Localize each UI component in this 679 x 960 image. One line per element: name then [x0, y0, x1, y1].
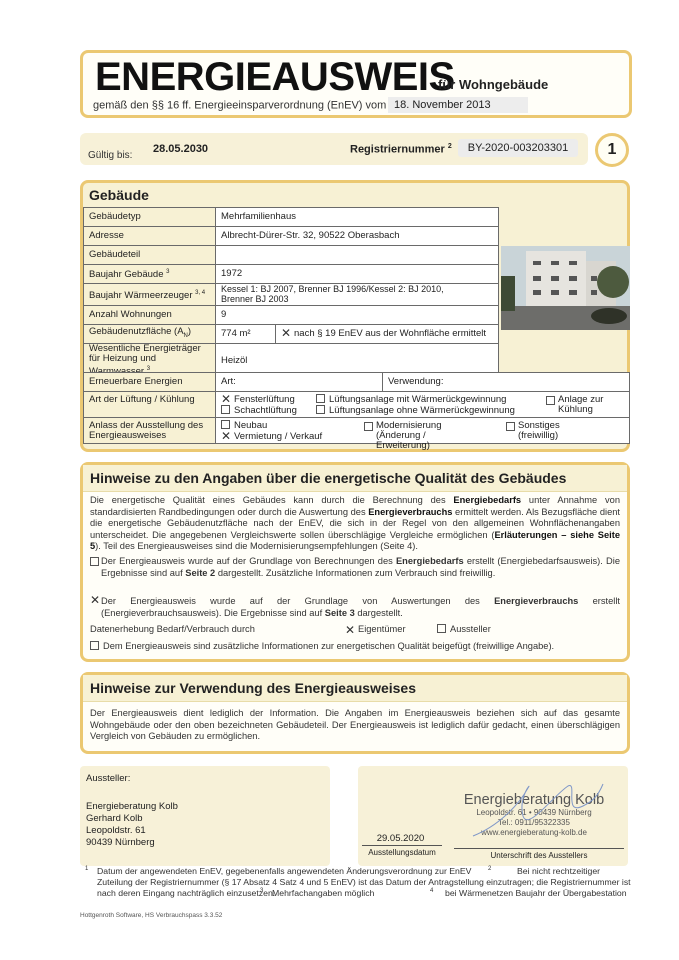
header-box: ENERGIEAUSWEIS für Wohngebäude gemäß den…: [80, 50, 632, 118]
table-row: Anlass der Ausstellung des Energieauswei…: [84, 418, 630, 444]
renewable-use-field: Verwendung:: [383, 373, 630, 392]
table-row: Gebäudeteil: [84, 246, 499, 265]
option-demand-certificate[interactable]: Der Energieausweis wurde auf der Grundla…: [90, 556, 620, 579]
ventilation-option-window[interactable]: ✕Fensterlüftung: [221, 395, 295, 405]
table-row: Gebäudenutzfläche (AN)774 m²✕nach § 19 E…: [84, 325, 499, 344]
units-value: 9: [216, 306, 499, 325]
data-collection-row: Datenerhebung Bedarf/Verbrauch durch ✕Ei…: [90, 624, 620, 636]
law-date-field: 18. November 2013: [388, 97, 528, 113]
table-row: Art der Lüftung / Kühlung ✕Fensterlüftun…: [84, 392, 630, 418]
issue-date: 29.05.2020: [358, 833, 443, 844]
law-reference: gemäß den §§ 16 ff. Energieeinsparverord…: [93, 99, 393, 112]
page-number-badge: 1: [595, 133, 629, 167]
usage-notes-panel: Hinweise zur Verwendung des Energieauswe…: [80, 672, 630, 754]
valid-until-label: Gültig bis:: [88, 150, 132, 161]
ventilation-option-without-recovery[interactable]: Lüftungsanlage ohne Wärmerückgewinnung: [316, 406, 515, 416]
quality-notes-title: Hinweise zu den Angaben über die energet…: [90, 470, 566, 486]
table-row: AdresseAlbrecht-Dürer-Str. 32, 90522 Obe…: [84, 227, 499, 246]
building-photo-icon: [501, 246, 630, 330]
document-title: ENERGIEAUSWEIS: [95, 55, 455, 100]
renewable-type-field: Art:: [216, 373, 383, 392]
issue-reason-options: Neubau ✕Vermietung / Verkauf Modernisier…: [216, 418, 630, 444]
reason-option-other[interactable]: Sonstiges (freiwillig): [506, 421, 576, 441]
validity-bar: Gültig bis: 28.05.2030 Registriernummer …: [80, 133, 588, 165]
ventilation-options: ✕Fensterlüftung Schachtlüftung Lüftungsa…: [216, 392, 630, 418]
building-table-top: GebäudetypMehrfamilienhaus AdresseAlbrec…: [83, 207, 499, 378]
option-consumption-certificate[interactable]: ✕Der Energieausweis wurde auf der Grundl…: [90, 596, 620, 619]
building-photo: [501, 246, 630, 330]
usage-notes-text: Der Energieausweis dient lediglich der I…: [90, 708, 620, 743]
usage-notes-title: Hinweise zur Verwendung des Energieauswe…: [90, 680, 416, 696]
additional-info-option[interactable]: Dem Energieausweis sind zusätzliche Info…: [90, 641, 620, 653]
building-type-value: Mehrfamilienhaus: [216, 208, 499, 227]
table-row: Baujahr Wärmeerzeuger 3, 4Kessel 1: BJ 2…: [84, 284, 499, 306]
table-row: Erneuerbare Energien Art: Verwendung:: [84, 373, 630, 392]
signature-label: Unterschrift des Ausstellers: [454, 851, 624, 860]
heater-year-value: Kessel 1: BJ 2007, Brenner BJ 1996/Kesse…: [216, 284, 499, 306]
registration-label: Registriernummer 2: [350, 143, 452, 156]
build-year-value: 1972: [216, 265, 499, 284]
address-value: Albrecht-Dürer-Str. 32, 90522 Oberasbach: [216, 227, 499, 246]
issuer-label: Aussteller:: [86, 773, 130, 784]
signature-box: 29.05.2020 Ausstellungsdatum Energiebera…: [358, 766, 628, 866]
ventilation-option-with-recovery[interactable]: Lüftungsanlage mit Wärmerückgewinnung: [316, 395, 506, 405]
building-panel-title: Gebäude: [89, 187, 149, 203]
issue-date-label: Ausstellungsdatum: [358, 848, 446, 857]
data-collection-issuer[interactable]: Aussteller: [437, 624, 491, 636]
software-credit: Hottgenroth Software, HS Verbrauchspass …: [80, 912, 222, 919]
signature-scribble-icon: [468, 776, 608, 841]
quality-notes-panel: Hinweise zu den Angaben über die energet…: [80, 462, 630, 662]
data-collection-owner[interactable]: ✕Eigentümer: [345, 624, 406, 636]
document-subtitle: für Wohngebäude: [438, 77, 548, 92]
quality-notes-text: Die energetische Qualität eines Gebäudes…: [90, 495, 620, 553]
ventilation-option-shaft[interactable]: Schachtlüftung: [221, 406, 297, 416]
area-value: 774 m²: [216, 325, 276, 344]
table-row: Baujahr Gebäude 31972: [84, 265, 499, 284]
issuer-box: Aussteller: Energieberatung Kolb Gerhard…: [80, 766, 330, 866]
reason-option-modernization[interactable]: Modernisierung (Änderung / Erweiterung): [364, 421, 474, 451]
table-row: Anzahl Wohnungen9: [84, 306, 499, 325]
building-table-bottom: Erneuerbare Energien Art: Verwendung: Ar…: [83, 372, 630, 444]
building-part-value: [216, 246, 499, 265]
area-option: ✕nach § 19 EnEV aus der Wohnfläche ermit…: [276, 325, 499, 344]
table-row: GebäudetypMehrfamilienhaus: [84, 208, 499, 227]
issuer-address: Energieberatung Kolb Gerhard Kolb Leopol…: [86, 801, 178, 849]
building-panel: Gebäude GebäudetypMehrfamilienhaus Adres…: [80, 180, 630, 452]
checkbox-checked-icon[interactable]: ✕: [281, 329, 291, 337]
registration-number: BY-2020-003203301: [458, 139, 578, 157]
reason-option-rent-sale[interactable]: ✕Vermietung / Verkauf: [221, 432, 322, 442]
footnotes: 1 Datum der angewendeten EnEV, gegebenen…: [85, 866, 645, 899]
ventilation-option-cooling[interactable]: Anlage zur Kühlung: [546, 395, 616, 415]
valid-until-value: 28.05.2030: [153, 143, 208, 155]
